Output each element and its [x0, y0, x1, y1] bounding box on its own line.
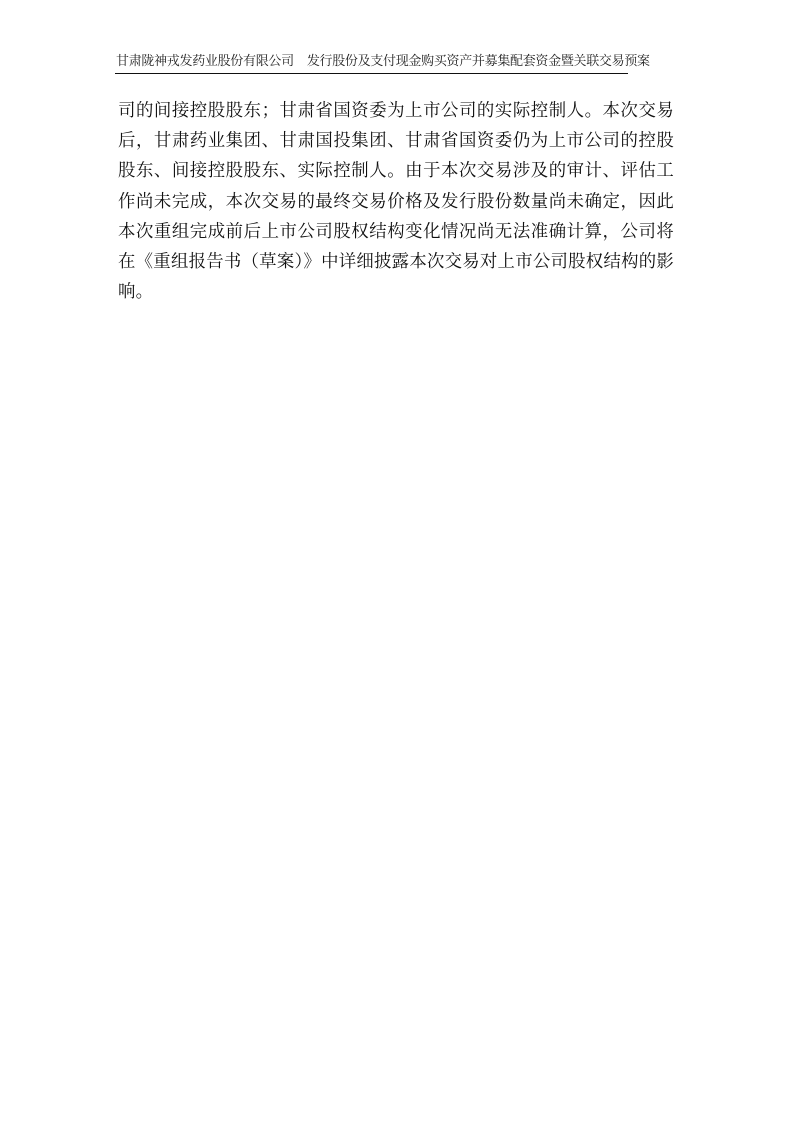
header-company-name: 甘肃陇神戎发药业股份有限公司: [116, 54, 294, 69]
header-document-title: 发行股份及支付现金购买资产并募集配套资金暨关联交易预案: [307, 54, 650, 69]
body-paragraph: 司的间接控股股东；甘肃省国资委为上市公司的实际控制人。本次交易后，甘肃药业集团、…: [118, 96, 674, 307]
header-rule: [115, 73, 628, 74]
page-header: 甘肃陇神戎发药业股份有限公司发行股份及支付现金购买资产并募集配套资金暨关联交易预…: [116, 53, 627, 71]
document-body: 司的间接控股股东；甘肃省国资委为上市公司的实际控制人。本次交易后，甘肃药业集团、…: [118, 96, 674, 307]
